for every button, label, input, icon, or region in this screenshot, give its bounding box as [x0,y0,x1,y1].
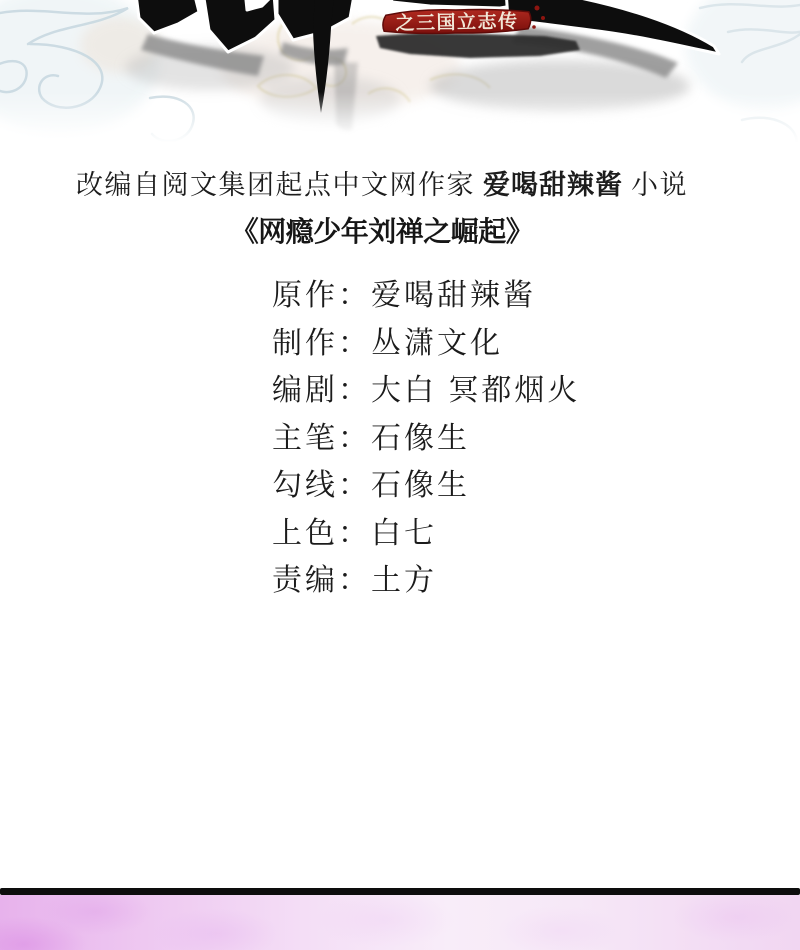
white-fade [0,92,800,160]
credit-value: 爱喝甜辣酱 [371,279,536,312]
comic-credits-page: 之三国立志传 改编自阅文集团起点中文网作家爱喝甜辣酱小说 《网瘾少年刘禅之崛起》… [0,0,800,950]
credit-label: 原作： [272,279,371,312]
next-panel-preview [0,888,800,950]
credit-value: 丛潇文化 [371,327,503,360]
credit-row-lineart: 勾线：石像生 [272,462,580,510]
credit-row-original-work: 原作：爱喝甜辣酱 [272,272,580,320]
red-banner: 之三国立志传 [383,8,531,35]
credit-value: 石像生 [371,469,470,502]
panel-border [0,888,800,895]
credit-row-production: 制作：丛潇文化 [272,320,580,368]
panel-background [0,895,800,950]
logo-art-canvas: 之三国立志传 [0,0,800,160]
credit-value: 土方 [371,564,437,597]
credit-value: 白七 [371,517,437,550]
credit-label: 上色： [272,517,371,550]
credit-row-screenwriter: 编剧：大白 冥都烟火 [272,367,580,415]
credit-row-coloring: 上色：白七 [272,510,580,558]
credit-value: 石像生 [371,422,470,455]
adaptation-note: 改编自阅文集团起点中文网作家爱喝甜辣酱小说 [0,167,800,203]
adaptation-note-suffix: 小说 [631,170,688,200]
title-logo-art: 之三国立志传 [0,0,800,160]
credit-value: 大白 冥都烟火 [371,374,580,407]
credit-label: 主笔： [272,422,371,455]
credits-list: 原作：爱喝甜辣酱 制作：丛潇文化 编剧：大白 冥都烟火 主笔：石像生 勾线：石像… [272,272,580,605]
adaptation-note-prefix: 改编自阅文集团起点中文网作家 [76,170,475,200]
credit-label: 责编： [272,564,371,597]
credit-label: 制作： [272,327,371,360]
original-author-name: 爱喝甜辣酱 [483,170,623,200]
credit-label: 勾线： [272,469,371,502]
credit-label: 编剧： [272,374,371,407]
credit-row-editor: 责编：土方 [272,557,580,605]
credit-row-lead-artist: 主笔：石像生 [272,415,580,463]
banner-subtitle-text: 之三国立志传 [395,9,518,34]
book-title: 《网瘾少年刘禅之崛起》 [0,214,800,250]
